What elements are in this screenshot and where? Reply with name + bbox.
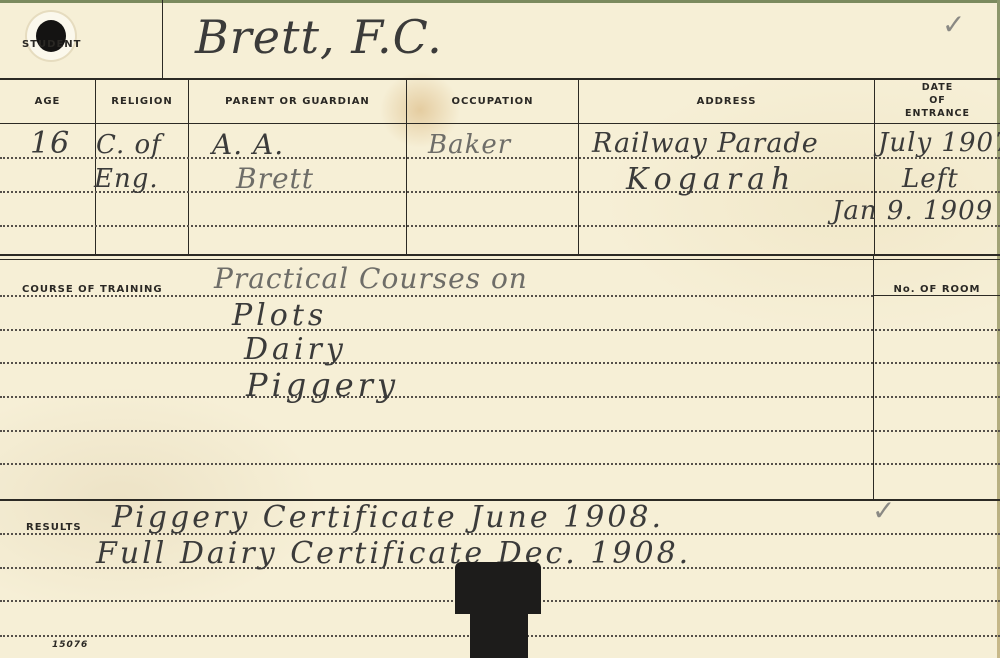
entry-occupation: Baker (428, 130, 511, 160)
table-top-rule (0, 78, 1000, 80)
check-mark: ✓ (942, 8, 965, 41)
entry-date-line: Left (902, 164, 959, 194)
student-name: Brett, F.C. (195, 10, 443, 64)
column-header-age: AGE (0, 95, 95, 108)
column-header-address: ADDRESS (579, 95, 874, 108)
entry-address-line: Kogarah (626, 162, 796, 197)
header-divider (162, 0, 163, 79)
student-label: STUDENT (22, 38, 81, 51)
entry-date-line: July 1907 (878, 128, 1000, 158)
entry-date-line: Jan 9. 1909 (832, 196, 993, 226)
dotted-rule (0, 396, 1000, 398)
header-line: DATE (875, 81, 1000, 94)
binder-clip (470, 610, 528, 658)
dotted-rule (0, 362, 1000, 364)
dotted-rule (0, 295, 873, 297)
header-line: OF (875, 94, 1000, 107)
entry-parent-line: A. A. (212, 128, 284, 161)
card-edge (0, 0, 1000, 3)
dotted-rule (0, 463, 1000, 465)
entry-age: 16 (30, 126, 70, 161)
entry-parent-line: Brett (236, 162, 314, 195)
check-mark: ✓ (872, 494, 895, 527)
section-rule (0, 259, 1000, 260)
column-header-occupation: OCCUPATION (407, 95, 578, 108)
header-bottom-rule (0, 123, 1000, 124)
results-line: Full Dairy Certificate Dec. 1908. (96, 536, 691, 571)
entry-religion-line: C. of (96, 130, 162, 160)
column-header-date-of-entrance: DATE OF ENTRANCE (875, 81, 1000, 120)
serial-number: 15076 (52, 640, 88, 650)
training-line: Piggery (246, 366, 399, 404)
binder-clip (455, 562, 541, 614)
results-line: Piggery Certificate June 1908. (112, 500, 664, 535)
student-record-card: STUDENT Brett, F.C. ✓ AGE RELIGION PAREN… (0, 0, 1000, 658)
room-header-rule (874, 295, 1000, 296)
training-line: Practical Courses on (214, 262, 528, 295)
column-header-parent: PARENT OR GUARDIAN (189, 95, 406, 108)
entry-religion-line: Eng. (94, 164, 159, 194)
header-line: ENTRANCE (875, 107, 1000, 120)
dotted-rule (0, 430, 1000, 432)
entry-address-line: Railway Parade (592, 128, 819, 159)
training-line: Plots (232, 298, 327, 333)
dotted-rule (0, 329, 1000, 331)
training-line: Dairy (244, 332, 347, 367)
column-header-religion: RELIGION (96, 95, 188, 108)
section-rule (0, 254, 1000, 256)
